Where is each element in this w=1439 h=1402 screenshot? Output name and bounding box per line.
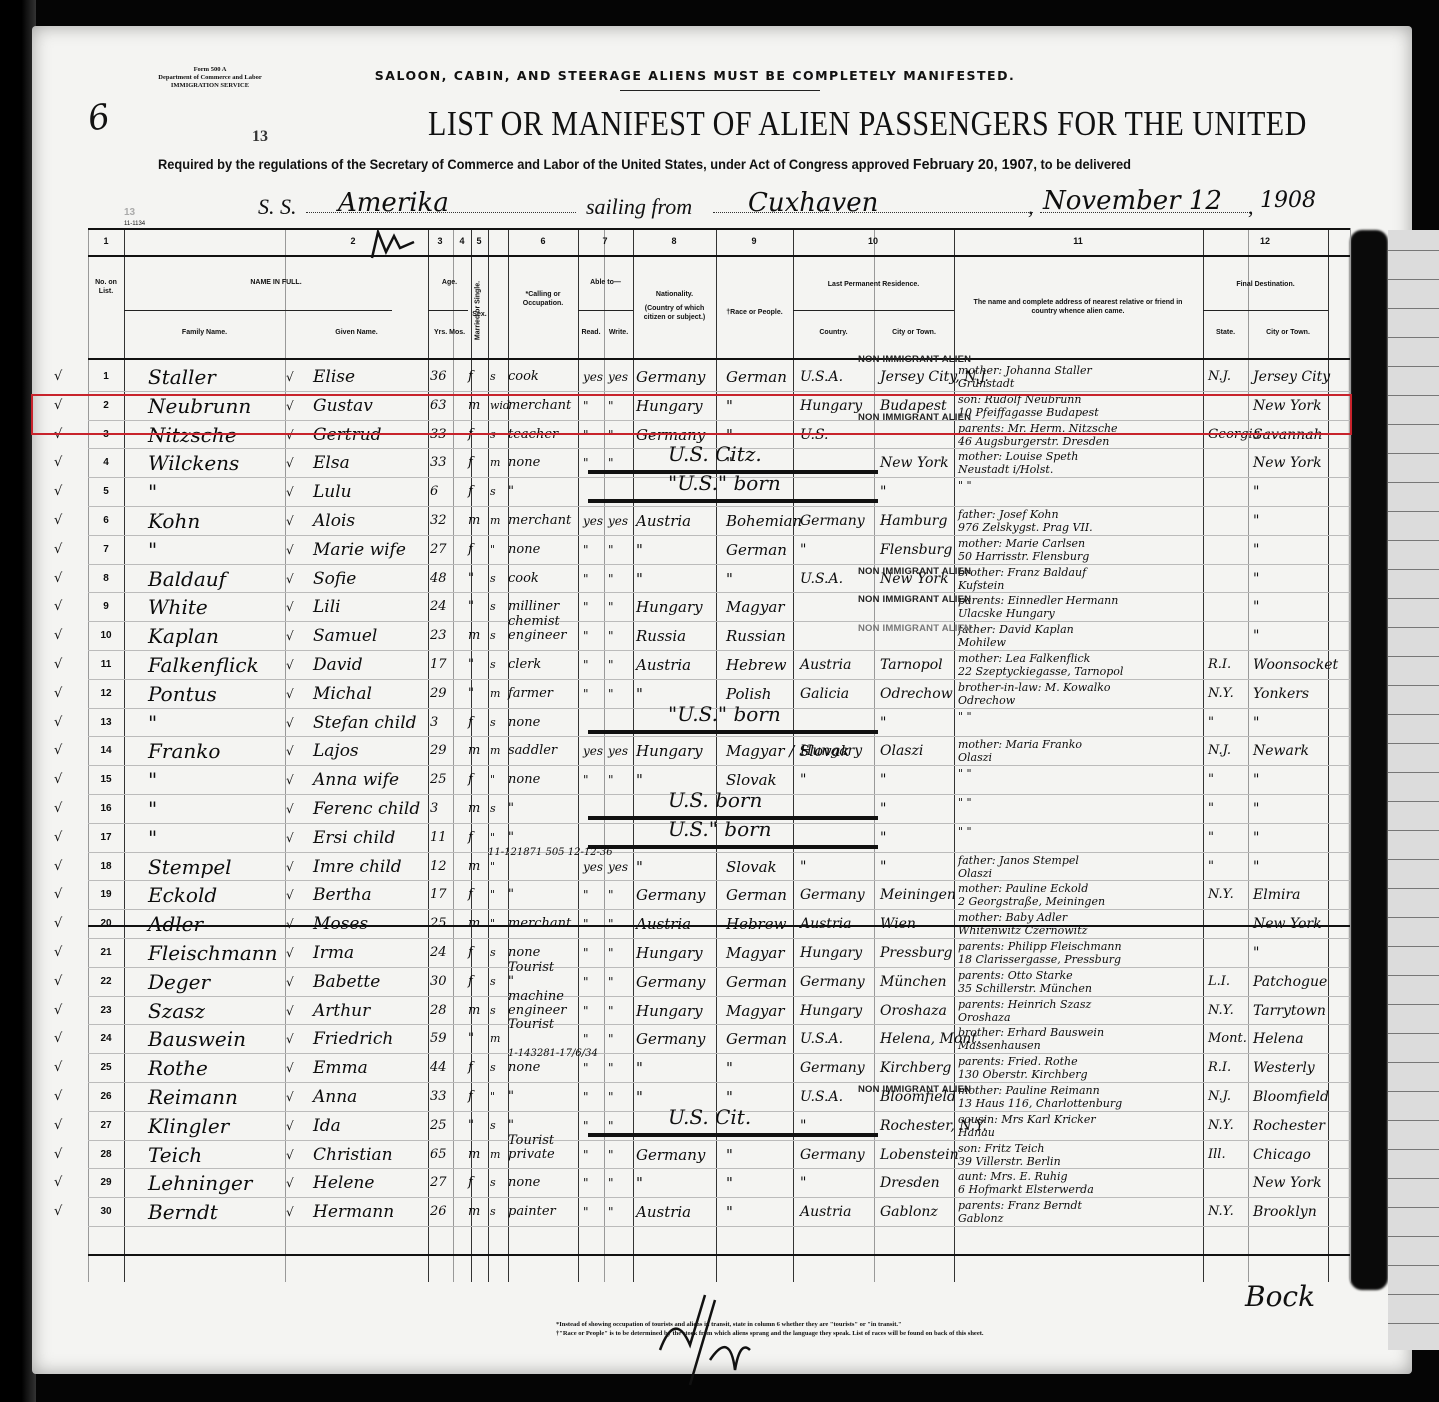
given-name: David: [313, 650, 363, 679]
destination-state: N.Y.: [1208, 880, 1234, 909]
table-row: √18Stempel√Imre child12m"yesyes"Slovak""…: [88, 852, 1350, 881]
row-number: 29: [88, 1168, 124, 1197]
table-row: √24Bauswein√Friedrich59"m""GermanyGerman…: [88, 1024, 1350, 1053]
residence-city: Tarnopol: [880, 650, 943, 679]
residence-country: Galicia: [800, 679, 849, 708]
check-mark-icon: √: [286, 736, 294, 765]
row-rule: [88, 1226, 1350, 1227]
can-read: ": [583, 909, 589, 938]
family-name: ": [148, 477, 157, 506]
table-row: √2Neubrunn√Gustav63mwidmerchant""Hungary…: [88, 391, 1350, 420]
check-mark-icon: √: [54, 1053, 70, 1082]
age: 29: [430, 736, 447, 765]
check-mark-icon: √: [54, 1168, 70, 1197]
age: 25: [430, 765, 447, 794]
given-name: Anna wife: [313, 765, 399, 794]
destination-city: Chicago: [1253, 1140, 1311, 1169]
header-given-name: Given Name.: [285, 328, 428, 337]
family-name: Stempel: [148, 852, 232, 881]
nearest-relative: parents: Fried. Rothe130 Oberstr. Kirchb…: [958, 1055, 1088, 1084]
row-number: 23: [88, 996, 124, 1025]
family-name: ": [148, 535, 157, 564]
marital-status: s: [490, 650, 496, 679]
residence-country: Hungary: [800, 996, 862, 1025]
can-read: ": [583, 880, 589, 909]
residence-country: U.S.A.: [800, 1082, 843, 1111]
occupation: none: [508, 448, 540, 477]
table-row: √5"√Lulu6fs""" """U.S." born: [88, 477, 1350, 506]
check-mark-icon: √: [54, 564, 70, 593]
sex: f: [468, 420, 473, 449]
adjacent-page-rule: [1388, 1091, 1439, 1092]
nearest-relative: mother: Louise SpethNeustadt i/Holst.: [958, 450, 1078, 479]
nearest-relative: mother: Marie Carlsen50 Harrisstr. Flens…: [958, 537, 1089, 566]
adjacent-page-rule: [1388, 395, 1439, 396]
ship-prefix: S. S.: [258, 194, 297, 220]
row-number: 27: [88, 1111, 124, 1140]
marital-status: m: [490, 506, 500, 535]
table-row: √29Lehninger√Helene27fsnone"""""Dresdena…: [88, 1168, 1350, 1197]
header-occupation: *Calling or Occupation.: [508, 290, 578, 308]
relative-line: 976 Zelskygst. Prag VII.: [958, 521, 1093, 534]
sex: m: [468, 391, 480, 420]
row-number: 15: [88, 765, 124, 794]
form-number: Form 500 A: [150, 66, 270, 74]
age: 33: [430, 1082, 447, 1111]
inspector-signature-icon: [650, 1290, 760, 1390]
check-mark-icon: √: [286, 1024, 294, 1053]
age: 25: [430, 1111, 447, 1140]
family-name: ": [148, 823, 157, 852]
age: 44: [430, 1053, 447, 1082]
race: Russian: [726, 621, 786, 650]
residence-city: Kirchberg: [880, 1053, 951, 1082]
destination-city: Newark: [1253, 736, 1309, 765]
can-read: yes: [583, 362, 603, 391]
check-mark-icon: √: [286, 506, 294, 535]
age: 17: [430, 880, 447, 909]
check-mark-icon: √: [286, 391, 294, 420]
destination-city: Bloomfield: [1253, 1082, 1329, 1111]
adjacent-page-rule: [1388, 946, 1439, 947]
check-mark-icon: √: [286, 477, 294, 506]
margin-annotation: Tourist: [508, 1010, 554, 1039]
family-name: ": [148, 765, 157, 794]
family-name: Franko: [148, 736, 220, 765]
us-born-underline: [588, 845, 878, 849]
destination-city: Rochester: [1253, 1111, 1325, 1140]
relative-line: Hanau: [958, 1126, 1096, 1139]
adjacent-page-rule: [1388, 1265, 1439, 1266]
check-mark-icon: √: [286, 535, 294, 564]
destination-state: Mont.: [1208, 1024, 1247, 1053]
occupation: ": [508, 880, 514, 909]
family-name: Nitzsche: [148, 420, 237, 449]
residence-city: Olaszi: [880, 736, 923, 765]
given-name: Bertha: [313, 880, 372, 909]
relative-line: brother: Erhard Bauswein: [958, 1026, 1104, 1039]
nearest-relative: son: Fritz Teich39 Villerstr. Berlin: [958, 1142, 1061, 1171]
row-number: 21: [88, 938, 124, 967]
table-row: √13"√Stefan child3fsnone"" """"U.S." bor…: [88, 708, 1350, 737]
destination-city: Brooklyn: [1253, 1197, 1317, 1226]
adjacent-page-rule: [1388, 569, 1439, 570]
destination-state: R.I.: [1208, 1053, 1231, 1082]
relative-line: mother: Johanna Staller: [958, 364, 1092, 377]
margin-annotation: 11-121871 505 12-12-36: [488, 838, 613, 867]
age: 17: [430, 650, 447, 679]
table-row: √25Rothe√Emma44fsnone""""GermanyKirchber…: [88, 1053, 1350, 1082]
sex: f: [468, 880, 473, 909]
nearest-relative: father: Josef Kohn976 Zelskygst. Prag VI…: [958, 508, 1093, 537]
marital-status: s: [490, 564, 496, 593]
age: 65: [430, 1140, 447, 1169]
relative-line: 2 Georgstraße, Meiningen: [958, 895, 1105, 908]
residence-country: Hungary: [800, 938, 862, 967]
table-row: √6Kohn√Alois32mmmerchantyesyesAustriaBoh…: [88, 506, 1350, 535]
marital-status: s: [490, 708, 496, 737]
can-write: ": [608, 650, 614, 679]
nationality: Austria: [636, 1197, 691, 1226]
header-final-destination: Final Destination.: [1203, 280, 1328, 289]
nationality: ": [636, 1168, 643, 1197]
destination-state: Ill.: [1208, 1140, 1226, 1169]
family-name: Teich: [148, 1140, 202, 1169]
non-immigrant-stamp: NON IMMIGRANT ALIEN: [858, 354, 971, 365]
sailing-date: November 12: [1043, 186, 1222, 216]
check-mark-icon: √: [286, 564, 294, 593]
check-mark-icon: √: [286, 794, 294, 823]
relative-line: mother: Lea Falkenflick: [958, 652, 1123, 665]
row-number: 10: [88, 621, 124, 650]
check-mark-icon: √: [286, 679, 294, 708]
can-read: ": [583, 765, 589, 794]
destination-city: Savannah: [1253, 420, 1323, 449]
relative-line: " ": [958, 825, 972, 838]
relative-line: mother: Baby Adler: [958, 911, 1087, 924]
destination-city: Elmira: [1253, 880, 1301, 909]
us-born-annotation: "U.S." born: [668, 702, 781, 726]
header-yrs-mos: Yrs. Mos.: [428, 328, 471, 337]
row-number: 12: [88, 679, 124, 708]
residence-city: Meiningen: [880, 880, 956, 909]
act-date: February 20, 1907: [913, 156, 1033, 173]
age: 24: [430, 938, 447, 967]
us-born-annotation: "U.S." born: [668, 471, 781, 495]
adjacent-page-rule: [1388, 598, 1439, 599]
sex: m: [468, 909, 480, 938]
column-number: 4: [454, 236, 470, 246]
adjacent-page-rule: [1388, 772, 1439, 773]
adjacent-page-rule: [1388, 859, 1439, 860]
occupation: teacher: [508, 420, 558, 449]
header-dest-city: City or Town.: [1248, 328, 1328, 337]
can-read: ": [583, 621, 589, 650]
can-write: ": [608, 967, 614, 996]
relative-line: brother-in-law: M. Kowalko: [958, 681, 1111, 694]
marital-status: ": [490, 880, 495, 909]
relative-line: Gablonz: [958, 1212, 1082, 1225]
check-mark-icon: √: [286, 1168, 294, 1197]
family-name: ": [148, 708, 157, 737]
nearest-relative: parents: Heinrich SzaszOroshaza: [958, 998, 1091, 1027]
row-number: 16: [88, 794, 124, 823]
destination-city: New York: [1253, 909, 1322, 938]
us-born-annotation: U.S. born: [668, 788, 762, 812]
residence-city: ": [880, 823, 886, 852]
family-name: Wilckens: [148, 448, 239, 477]
nationality: ": [636, 1053, 643, 1082]
check-mark-icon: √: [54, 1197, 70, 1226]
can-read: ": [583, 1168, 589, 1197]
sex: f: [468, 477, 473, 506]
residence-city: Gablonz: [880, 1197, 938, 1226]
margin-annotation: Tourist: [508, 1126, 554, 1155]
family-name: Deger: [148, 967, 210, 996]
sex: f: [468, 823, 473, 852]
sex: ": [468, 679, 474, 708]
non-immigrant-stamp: NON IMMIGRANT ALIEN: [858, 594, 971, 605]
adjacent-page-rule: [1388, 1033, 1439, 1034]
check-mark-icon: √: [286, 880, 294, 909]
check-mark-icon: √: [286, 448, 294, 477]
non-immigrant-stamp: NON IMMIGRANT ALIEN: [858, 412, 971, 423]
check-mark-icon: √: [286, 996, 294, 1025]
age: 11: [430, 823, 447, 852]
adjacent-page-rule: [1388, 1236, 1439, 1237]
destination-city: ": [1253, 938, 1259, 967]
sex: f: [468, 708, 473, 737]
residence-country: U.S.A.: [800, 564, 843, 593]
given-name: Elsa: [313, 448, 350, 477]
residence-country: Germany: [800, 880, 865, 909]
race: Magyar: [726, 996, 785, 1025]
header-family-name: Family Name.: [124, 328, 285, 337]
given-name: Irma: [313, 938, 354, 967]
age: 30: [430, 967, 447, 996]
can-write: ": [608, 996, 614, 1025]
destination-city: ": [1253, 794, 1259, 823]
nearest-relative: cousin: Mrs Karl KrickerHanau: [958, 1113, 1096, 1142]
nationality: ": [636, 1082, 643, 1111]
relative-line: son: Fritz Teich: [958, 1142, 1061, 1155]
given-name: Imre child: [313, 852, 402, 881]
column-number: 11: [1070, 236, 1086, 246]
check-mark-icon: √: [286, 621, 294, 650]
check-mark-icon: √: [286, 967, 294, 996]
occupation: farmer: [508, 679, 553, 708]
destination-state: N.Y.: [1208, 996, 1234, 1025]
nationality: Russia: [636, 621, 686, 650]
race: Hebrew: [726, 909, 786, 938]
check-mark-icon: √: [54, 1082, 70, 1111]
residence-city: ": [880, 708, 886, 737]
nationality: Hungary: [636, 592, 703, 621]
residence-country: ": [800, 765, 806, 794]
can-write: ": [608, 564, 614, 593]
table-row: √19Eckold√Bertha17f""""GermanyGermanGerm…: [88, 880, 1350, 909]
row-number: 2: [88, 391, 124, 420]
row-number: 4: [88, 448, 124, 477]
nearest-relative: son: Rudolf Neubrunn10 Pfeiffagasse Buda…: [958, 393, 1099, 422]
relative-line: mother: Marie Carlsen: [958, 537, 1089, 550]
header-relative: The name and complete address of nearest…: [968, 298, 1188, 316]
row-number: 24: [88, 1024, 124, 1053]
table-row: √28Teich√Christian65mmprivate""Germany"G…: [88, 1140, 1350, 1169]
relative-line: mother: Maria Franko: [958, 738, 1082, 751]
scan-left-edge: [0, 0, 36, 1402]
footnote-occupation: *Instead of showing occupation of touris…: [556, 1320, 984, 1329]
given-name: Ferenc child: [313, 794, 420, 823]
subheader-rule: [1203, 310, 1328, 311]
given-name: Elise: [313, 362, 355, 391]
given-name: Christian: [313, 1140, 393, 1169]
residence-city: Dresden: [880, 1168, 940, 1197]
occupation: cook: [508, 362, 539, 391]
residence-city: Flensburg: [880, 535, 952, 564]
us-born-annotation: U.S." born: [668, 817, 772, 841]
sex: f: [468, 535, 473, 564]
us-born-annotation: U.S. Cit.: [668, 1105, 751, 1129]
header-nationality: Nationality.: [633, 290, 716, 299]
sailing-year: 1908: [1260, 188, 1316, 213]
family-name: Kohn: [148, 506, 200, 535]
sex: f: [468, 765, 473, 794]
given-name: Ersi child: [313, 823, 395, 852]
given-name: Anna: [313, 1082, 357, 1111]
table-row: √1Staller√Elise36fscookyesyesGermanyGerm…: [88, 362, 1350, 391]
family-name: Fleischmann: [148, 938, 278, 967]
sex: f: [468, 938, 473, 967]
relative-line: mother: Louise Speth: [958, 450, 1078, 463]
occupation: none: [508, 1168, 540, 1197]
family-name: Lehninger: [148, 1168, 252, 1197]
marital-status: m: [490, 1024, 500, 1053]
nationality: Germany: [636, 362, 705, 391]
adjacent-page-rule: [1388, 917, 1439, 918]
family-name: Reimann: [148, 1082, 238, 1111]
age: 33: [430, 448, 447, 477]
header-name-in-full: NAME IN FULL.: [124, 278, 428, 287]
residence-country: U.S.A.: [800, 1024, 843, 1053]
occupation: cook: [508, 564, 539, 593]
non-immigrant-stamp: NON IMMIGRANT ALIEN: [858, 623, 971, 634]
adjacent-page-rule: [1388, 888, 1439, 889]
relative-line: 6 Hofmarkt Elsterwerda: [958, 1183, 1094, 1196]
header-read: Read.: [578, 328, 604, 337]
row-number: 5: [88, 477, 124, 506]
age: 24: [430, 592, 447, 621]
check-mark-icon: √: [54, 852, 70, 881]
given-name: Ida: [313, 1111, 341, 1140]
nearest-relative: aunt: Mrs. E. Ruhig6 Hofmarkt Elsterwerd…: [958, 1170, 1094, 1199]
subtitle-text: Required by the regulations of the Secre…: [158, 157, 913, 172]
residence-country: ": [800, 852, 806, 881]
occupation: merchant: [508, 506, 571, 535]
can-read: ": [583, 1197, 589, 1226]
can-write: ": [608, 535, 614, 564]
marital-status: m: [490, 448, 500, 477]
column-rule: [1350, 228, 1351, 1282]
residence-country: Hungary: [800, 391, 862, 420]
row-number: 25: [88, 1053, 124, 1082]
adjacent-page-rule: [1388, 1062, 1439, 1063]
check-mark-icon: √: [54, 535, 70, 564]
row-number: 22: [88, 967, 124, 996]
destination-city: Patchogue: [1253, 967, 1327, 996]
check-mark-icon: √: [54, 938, 70, 967]
can-read: ": [583, 650, 589, 679]
residence-country: Germany: [800, 506, 865, 535]
adjacent-page-rule: [1388, 685, 1439, 686]
relative-line: Olaszi: [958, 751, 1082, 764]
nearest-relative: parents: Otto Starke35 Schillerstr. Münc…: [958, 969, 1092, 998]
relative-line: 18 Clarissergasse, Pressburg: [958, 953, 1122, 966]
relative-line: parents: Philipp Fleischmann: [958, 940, 1122, 953]
marital-status: s: [490, 362, 496, 391]
age: 12: [430, 852, 447, 881]
nationality: Austria: [636, 506, 691, 535]
nationality: Germany: [636, 1140, 705, 1169]
can-write: ": [608, 1197, 614, 1226]
can-write: yes: [608, 736, 628, 765]
given-name: Gertrud: [313, 420, 382, 449]
age: 27: [430, 535, 447, 564]
destination-city: New York: [1253, 448, 1322, 477]
residence-city: Odrechow: [880, 679, 953, 708]
can-read: ": [583, 592, 589, 621]
adjacent-page-rule: [1388, 453, 1439, 454]
marital-status: s: [490, 1053, 496, 1082]
age: 26: [430, 1197, 447, 1226]
family-name: Falkenflick: [148, 650, 259, 679]
nearest-relative: parents: Einnedler HermannUlacske Hungar…: [958, 594, 1118, 623]
table-row: √11Falkenflick√David17"sclerk""AustriaHe…: [88, 650, 1350, 679]
adjacent-page-rule: [1388, 656, 1439, 657]
manifest-table: 123456789101112No. on List.NAME IN FULL.…: [88, 228, 1350, 1268]
destination-city: ": [1253, 506, 1259, 535]
check-mark-icon: √: [286, 938, 294, 967]
adjacent-page-rule: [1388, 279, 1439, 280]
marital-status: m: [490, 679, 500, 708]
destination-city: New York: [1253, 391, 1322, 420]
residence-country: U.S.A.: [800, 362, 843, 391]
given-name: Hermann: [313, 1197, 394, 1226]
age: 3: [430, 708, 438, 737]
row-number: 1: [88, 362, 124, 391]
table-row: √23Szasz√Arthur28msengineer""HungaryMagy…: [88, 996, 1350, 1025]
nearest-relative: " ": [958, 710, 972, 739]
can-write: ": [608, 420, 614, 449]
occupation: merchant: [508, 391, 571, 420]
can-read: ": [583, 1140, 589, 1169]
family-name: ": [148, 794, 157, 823]
family-name: Berndt: [148, 1197, 218, 1226]
sex: m: [468, 996, 480, 1025]
nearest-relative: mother: Pauline Eckold2 Georgstraße, Mei…: [958, 882, 1105, 911]
occupation: ": [508, 1082, 514, 1111]
occupation: merchant: [508, 909, 571, 938]
check-mark-icon: √: [54, 708, 70, 737]
destination-city: Woonsocket: [1253, 650, 1338, 679]
relative-line: " ": [958, 767, 972, 780]
table-row: √7"√Marie wife27f"none"""German"Flensbur…: [88, 535, 1350, 564]
table-row: √27Klingler√Ida25"s""""Rochester, N.Y.co…: [88, 1111, 1350, 1140]
check-mark-icon: √: [286, 362, 294, 391]
check-mark-icon: √: [286, 1140, 294, 1169]
marital-status: s: [490, 967, 496, 996]
strikethrough-line: [88, 925, 1350, 927]
